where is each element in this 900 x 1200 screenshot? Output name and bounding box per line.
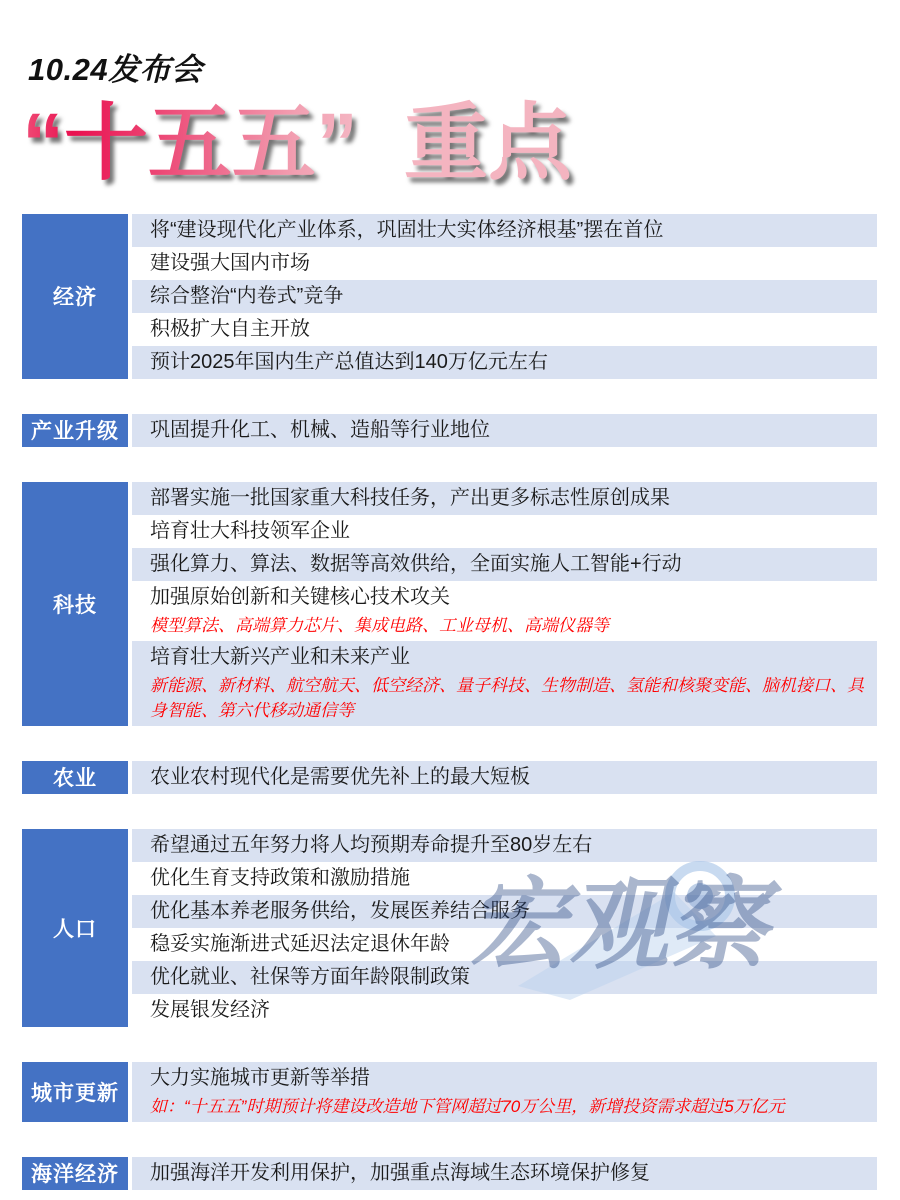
content-line: 将“建设现代化产业体系，巩固壮大实体经济根基”摆在首位 [150, 215, 867, 246]
section-rows: 希望通过五年努力将人均预期寿命提升至80岁左右优化生育支持政策和激励措施优化基本… [132, 829, 877, 1027]
content-row: 加强海洋开发利用保护，加强重点海域生态环境保护修复 [132, 1157, 877, 1190]
section: 科技 部署实施一批国家重大科技任务，产出更多标志性原创成果培育壮大科技领军企业强… [22, 482, 877, 726]
content-line: 稳妥实施渐进式延迟法定退休年龄 [150, 929, 867, 960]
content-row: 大力实施城市更新等举措如：“十五五”时期预计将建设改造地下管网超过70万公里，新… [132, 1062, 877, 1122]
section-label: 产业升级 [22, 414, 128, 447]
section-rows: 加强海洋开发利用保护，加强重点海域生态环境保护修复 [132, 1157, 877, 1190]
content-line: 培育壮大新兴产业和未来产业 [150, 642, 867, 673]
content-row: 希望通过五年努力将人均预期寿命提升至80岁左右 [132, 829, 877, 862]
content-row: 优化基本养老服务供给，发展医养结合服务 [132, 895, 877, 928]
section-rows: 农业农村现代化是需要优先补上的最大短板 [132, 761, 877, 794]
content-line: 积极扩大自主开放 [150, 314, 867, 345]
content-row: 优化生育支持政策和激励措施 [132, 862, 877, 895]
section-label: 海洋经济 [22, 1157, 128, 1190]
page-title-suffix: 重点 [404, 96, 572, 190]
content-row: 积极扩大自主开放 [132, 313, 877, 346]
sections-list: 经济 将“建设现代化产业体系，巩固壮大实体经济根基”摆在首位建设强大国内市场综合… [22, 214, 877, 1190]
content-line: 强化算力、算法、数据等高效供给，全面实施人工智能+行动 [150, 549, 867, 580]
note-line: 新能源、新材料、航空航天、低空经济、量子科技、生物制造、氢能和核聚变能、脑机接口… [150, 673, 867, 725]
section: 农业 农业农村现代化是需要优先补上的最大短板 [22, 761, 877, 794]
section: 海洋经济 加强海洋开发利用保护，加强重点海域生态环境保护修复 [22, 1157, 877, 1190]
content-line: 培育壮大科技领军企业 [150, 516, 867, 547]
section-label: 农业 [22, 761, 128, 794]
section-label: 科技 [22, 482, 128, 726]
content-line: 发展银发经济 [150, 995, 867, 1026]
page-title-quoted: “十五五” [22, 96, 358, 190]
content-row: 建设强大国内市场 [132, 247, 877, 280]
content-line: 预计2025年国内生产总值达到140万亿元左右 [150, 347, 867, 378]
content-row: 发展银发经济 [132, 994, 877, 1027]
content-line: 部署实施一批国家重大科技任务，产出更多标志性原创成果 [150, 483, 867, 514]
content-row: 强化算力、算法、数据等高效供给，全面实施人工智能+行动 [132, 548, 877, 581]
header: 10.24发布会 “十五五”重点 [0, 0, 900, 192]
content-row: 巩固提升化工、机械、造船等行业地位 [132, 414, 877, 447]
content-row: 综合整治“内卷式”竞争 [132, 280, 877, 313]
content-line: 农业农村现代化是需要优先补上的最大短板 [150, 762, 867, 793]
note-line: 模型算法、高端算力芯片、集成电路、工业母机、高端仪器等 [150, 613, 867, 640]
section: 经济 将“建设现代化产业体系，巩固壮大实体经济根基”摆在首位建设强大国内市场综合… [22, 214, 877, 379]
content-line: 大力实施城市更新等举措 [150, 1063, 867, 1094]
content-line: 加强原始创新和关键核心技术攻关 [150, 582, 867, 613]
content-line: 希望通过五年努力将人均预期寿命提升至80岁左右 [150, 830, 867, 861]
section-label: 城市更新 [22, 1062, 128, 1122]
section-rows: 巩固提升化工、机械、造船等行业地位 [132, 414, 877, 447]
content-line: 巩固提升化工、机械、造船等行业地位 [150, 415, 867, 446]
note-line: 如：“十五五”时期预计将建设改造地下管网超过70万公里，新增投资需求超过5万亿元 [150, 1094, 867, 1121]
section-rows: 大力实施城市更新等举措如：“十五五”时期预计将建设改造地下管网超过70万公里，新… [132, 1062, 877, 1122]
content-line: 综合整治“内卷式”竞争 [150, 281, 867, 312]
content-row: 稳妥实施渐进式延迟法定退休年龄 [132, 928, 877, 961]
content-row: 优化就业、社保等方面年龄限制政策 [132, 961, 877, 994]
section: 产业升级 巩固提升化工、机械、造船等行业地位 [22, 414, 877, 447]
content-row: 预计2025年国内生产总值达到140万亿元左右 [132, 346, 877, 379]
section-rows: 将“建设现代化产业体系，巩固壮大实体经济根基”摆在首位建设强大国内市场综合整治“… [132, 214, 877, 379]
content-line: 优化基本养老服务供给，发展医养结合服务 [150, 896, 867, 927]
section-label: 人口 [22, 829, 128, 1027]
section: 人口 希望通过五年努力将人均预期寿命提升至80岁左右优化生育支持政策和激励措施优… [22, 829, 877, 1027]
kicker-title: 10.24发布会 [28, 44, 900, 89]
page-title: “十五五”重点 [22, 95, 900, 192]
content-row: 培育壮大新兴产业和未来产业新能源、新材料、航空航天、低空经济、量子科技、生物制造… [132, 641, 877, 726]
content-line: 优化生育支持政策和激励措施 [150, 863, 867, 894]
infographic-page: 10.24发布会 “十五五”重点 经济 将“建设现代化产业体系，巩固壮大实体经济… [0, 0, 900, 1200]
content-line: 加强海洋开发利用保护，加强重点海域生态环境保护修复 [150, 1158, 867, 1189]
section-label: 经济 [22, 214, 128, 379]
content-row: 农业农村现代化是需要优先补上的最大短板 [132, 761, 877, 794]
content-row: 将“建设现代化产业体系，巩固壮大实体经济根基”摆在首位 [132, 214, 877, 247]
content-row: 培育壮大科技领军企业 [132, 515, 877, 548]
content-row: 部署实施一批国家重大科技任务，产出更多标志性原创成果 [132, 482, 877, 515]
section-rows: 部署实施一批国家重大科技任务，产出更多标志性原创成果培育壮大科技领军企业强化算力… [132, 482, 877, 726]
content-row: 加强原始创新和关键核心技术攻关模型算法、高端算力芯片、集成电路、工业母机、高端仪… [132, 581, 877, 641]
content-line: 建设强大国内市场 [150, 248, 867, 279]
section: 城市更新 大力实施城市更新等举措如：“十五五”时期预计将建设改造地下管网超过70… [22, 1062, 877, 1122]
content-line: 优化就业、社保等方面年龄限制政策 [150, 962, 867, 993]
